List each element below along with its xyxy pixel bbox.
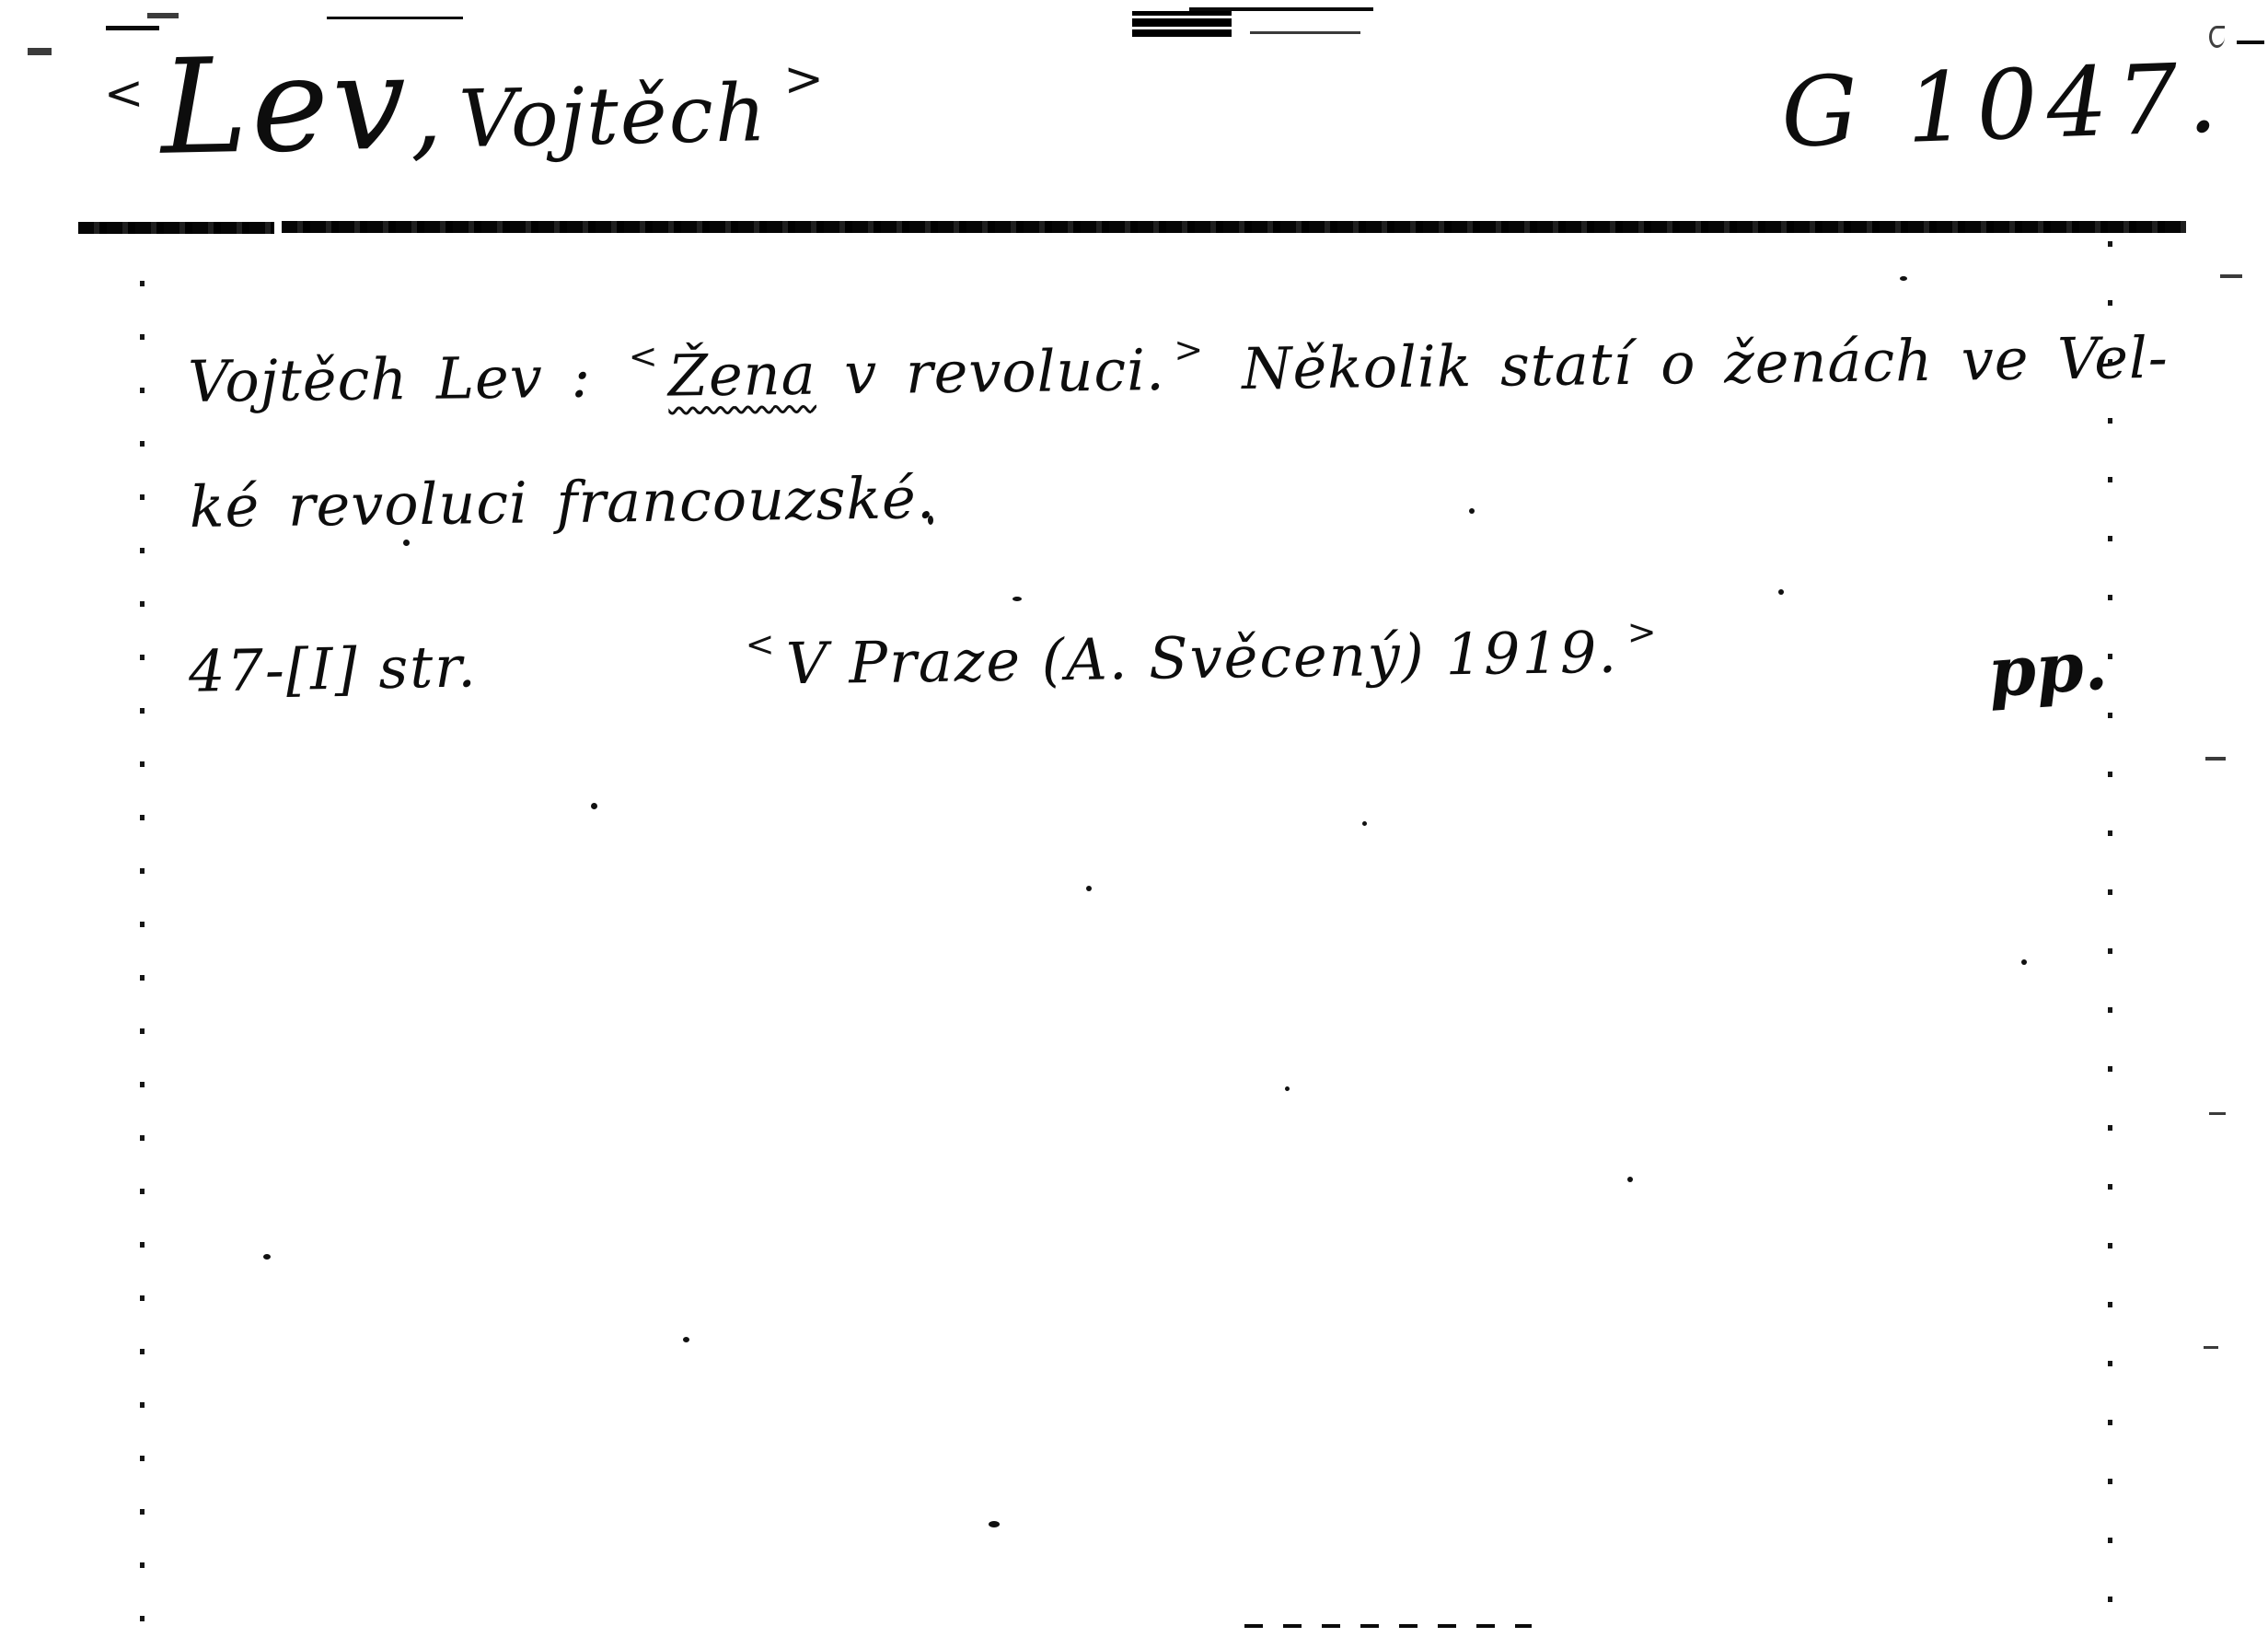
editorial-open-mark: < xyxy=(735,623,785,665)
author-forename: Vojtěch xyxy=(457,67,769,166)
scan-noise xyxy=(2205,757,2226,761)
scan-speck xyxy=(1012,597,1022,601)
card-bottom-dashed-border xyxy=(1244,1624,1532,1628)
catalog-card: <Lev,Vojtěch> G 1047. 8° Vojtěch Lev : <… xyxy=(0,0,2268,1649)
editorial-close-mark: > xyxy=(1617,611,1667,653)
title-entry: Vojtěch Lev : <Žena v revoluci.> Několik… xyxy=(187,299,2150,566)
scan-speck xyxy=(1778,589,1784,595)
author-statement: Vojtěch Lev : xyxy=(188,343,592,415)
scan-noise xyxy=(327,17,463,19)
scan-noise xyxy=(106,26,159,30)
scan-noise xyxy=(147,13,179,18)
scan-speck xyxy=(928,516,933,525)
title-line-1: Vojtěch Lev : <Žena v revoluci.> Několik… xyxy=(187,299,2149,448)
scan-noise-blot xyxy=(1132,11,1232,37)
scan-speck xyxy=(989,1521,1000,1527)
scan-noise xyxy=(2204,1346,2218,1349)
scan-noise xyxy=(2220,274,2242,278)
scan-noise xyxy=(28,48,52,55)
author-surname: Lev xyxy=(159,27,411,184)
header-author-name: <Lev,Vojtěch> xyxy=(86,17,842,185)
subtitle-part-2: ké revoluci francouzské. xyxy=(189,464,935,540)
editorial-open-mark: < xyxy=(619,336,667,377)
card-left-dotted-border xyxy=(140,281,145,1649)
header-rule xyxy=(78,222,274,234)
scan-noise xyxy=(1189,7,1373,11)
scan-speck xyxy=(591,803,597,809)
scan-noise xyxy=(2209,1112,2226,1115)
imprint-text: V Praze (A. Svěcený) 1919. xyxy=(785,619,1618,698)
author-comma: , xyxy=(409,53,444,172)
scan-speck xyxy=(1086,886,1092,891)
scan-speck xyxy=(263,1254,271,1260)
subtitle-part-1: Několik statí o ženách ve Vel- xyxy=(1242,324,2169,402)
scan-speck xyxy=(1627,1177,1633,1182)
scan-speck xyxy=(403,540,410,546)
scan-speck xyxy=(683,1337,689,1342)
imprint-statement: <V Praze (A. Svěcený) 1919.> xyxy=(736,618,1669,698)
scan-speck xyxy=(1900,276,1907,281)
scan-speck xyxy=(2021,959,2027,965)
title-proper-underlined: Žena xyxy=(667,341,816,410)
pagination-statement: 47-[I] str. xyxy=(188,633,478,704)
header-rule xyxy=(282,221,2186,233)
card-right-dotted-border xyxy=(2108,241,2112,1649)
scan-speck xyxy=(1469,508,1475,514)
editorial-close-mark: > xyxy=(1164,329,1213,370)
title-line-2: ké revoluci francouzské. xyxy=(189,424,2150,566)
editorial-close-mark: > xyxy=(767,51,841,108)
collation-line: 47-[I] str. <V Praze (A. Svěcený) 1919.>… xyxy=(0,635,2268,746)
editorial-open-mark: < xyxy=(87,65,161,122)
shelfmark: G 1047. 8° xyxy=(1779,35,2268,168)
format-note: pp. xyxy=(1985,626,2110,714)
scan-noise xyxy=(1250,31,1360,34)
title-proper-rest: v revoluci. xyxy=(816,336,1165,408)
scan-speck xyxy=(1285,1086,1290,1091)
scan-speck xyxy=(1362,821,1367,826)
